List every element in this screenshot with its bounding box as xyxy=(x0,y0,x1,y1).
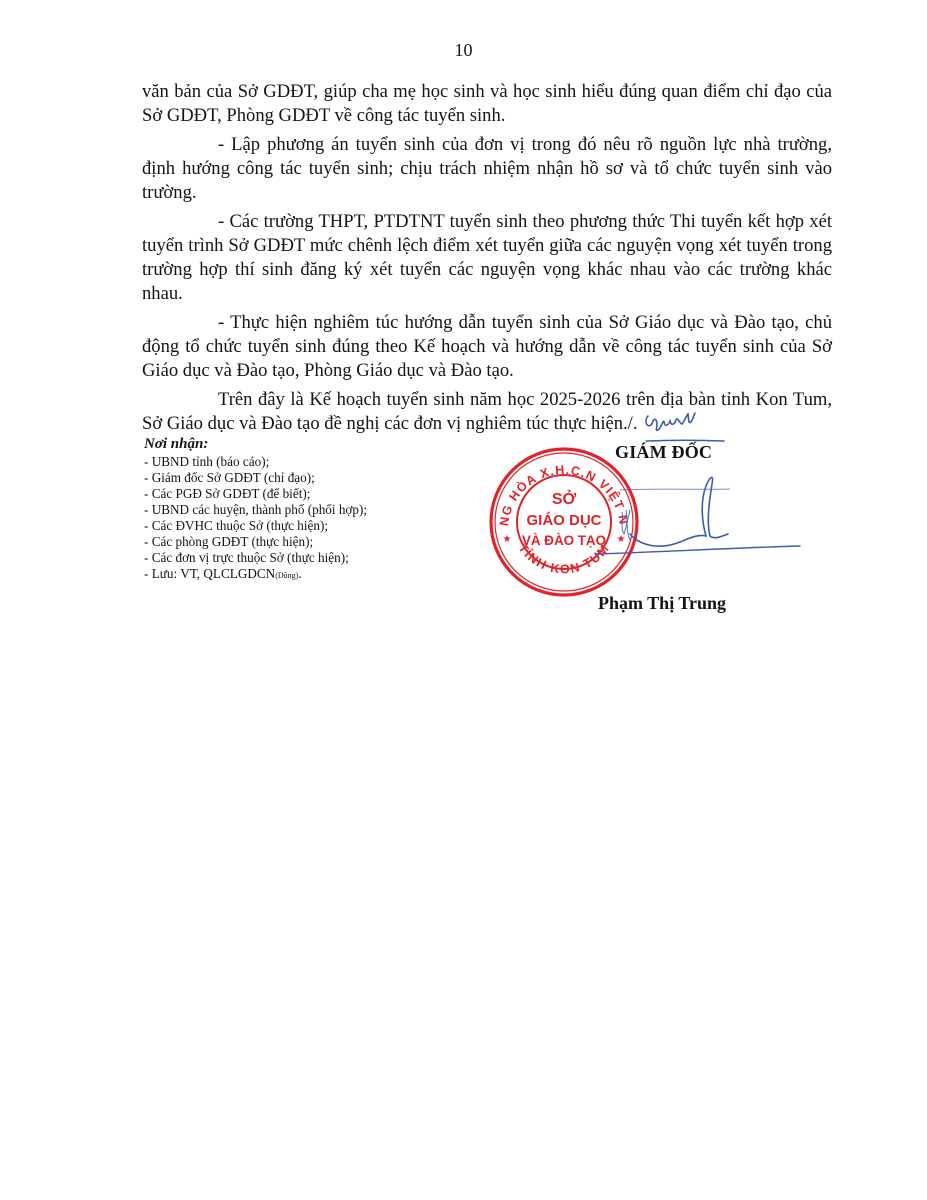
archive-author: (Dũng) xyxy=(275,571,298,580)
paragraph-implementation: - Thực hiện nghiêm túc hướng dẫn tuyển s… xyxy=(142,311,832,383)
recipients-heading: Nơi nhận: xyxy=(144,436,367,453)
signer-name: Phạm Thị Trung xyxy=(598,593,726,614)
recipient-item: - UBND tỉnh (báo cáo); xyxy=(144,454,367,470)
document-body: văn bản của Sở GDĐT, giúp cha mẹ học sin… xyxy=(142,80,832,441)
recipient-item: - UBND các huyện, thành phố (phối hợp); xyxy=(144,502,367,518)
handwritten-signature-icon xyxy=(560,470,810,565)
closing-text: Trên đây là Kế hoạch tuyển sinh năm học … xyxy=(142,389,832,434)
archive-text: - Lưu: VT, QLCLGDCN xyxy=(144,566,275,581)
paragraph-continuation: văn bản của Sở GDĐT, giúp cha mẹ học sin… xyxy=(142,80,832,128)
recipient-archive: - Lưu: VT, QLCLGDCN(Dũng). xyxy=(144,566,367,584)
initials-signature-icon xyxy=(642,412,722,436)
paragraph-high-schools: - Các trường THPT, PTDTNT tuyển sinh the… xyxy=(142,210,832,306)
paragraph-closing: Trên đây là Kế hoạch tuyển sinh năm học … xyxy=(142,388,832,436)
recipient-item: - Các PGĐ Sở GDĐT (để biết); xyxy=(144,486,367,502)
paragraph-admission-plan: - Lập phương án tuyển sinh của đơn vị tr… xyxy=(142,133,832,205)
svg-text:★: ★ xyxy=(503,534,512,545)
recipients-list: Nơi nhận: - UBND tỉnh (báo cáo); - Giám … xyxy=(144,436,367,584)
archive-end: . xyxy=(298,566,301,581)
recipient-item: - Các ĐVHC thuộc Sở (thực hiện); xyxy=(144,518,367,534)
recipient-item: - Các phòng GDĐT (thực hiện); xyxy=(144,534,367,550)
recipient-item: - Các đơn vị trực thuộc Sở (thực hiện); xyxy=(144,550,367,566)
page-number: 10 xyxy=(0,40,927,61)
recipient-item: - Giám đốc Sở GDĐT (chỉ đạo); xyxy=(144,470,367,486)
